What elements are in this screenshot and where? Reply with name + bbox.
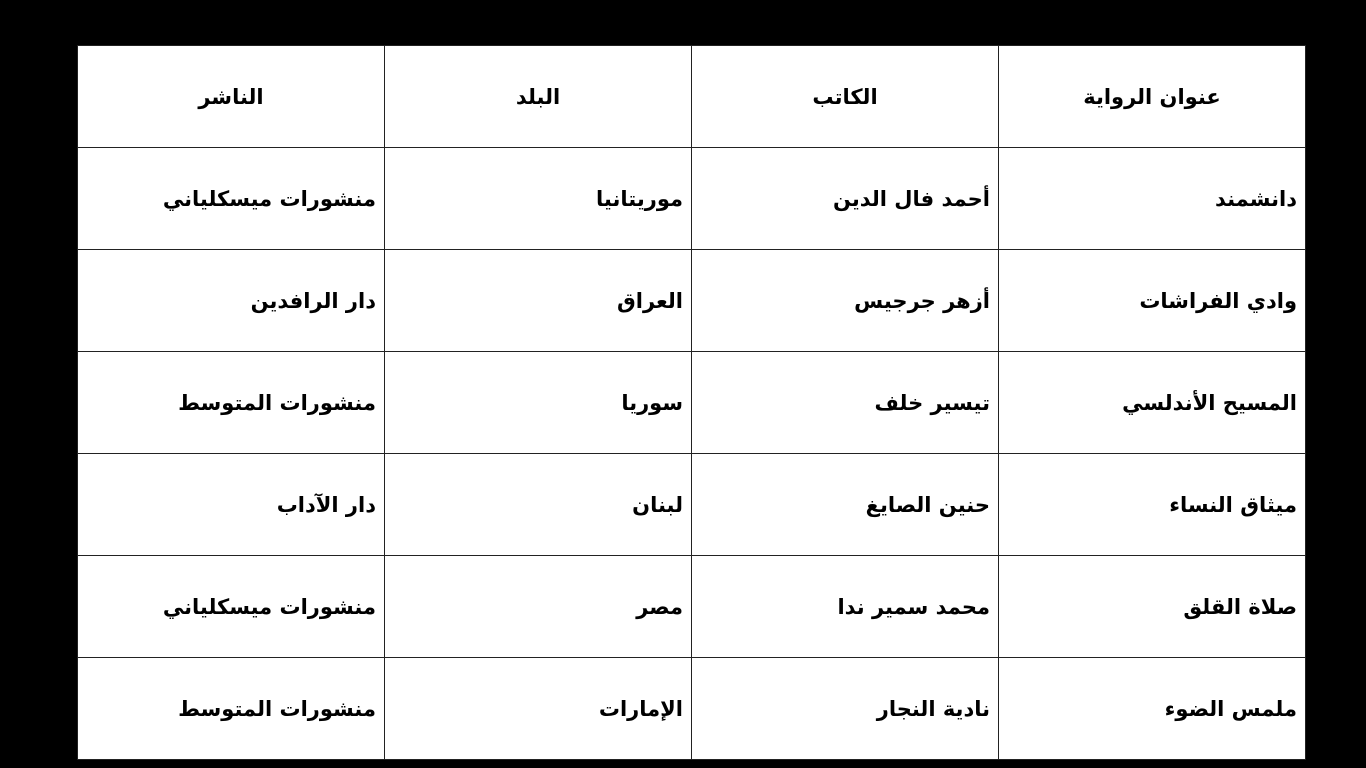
cell-country: الإمارات bbox=[385, 658, 692, 760]
cell-publisher: دار الرافدين bbox=[78, 250, 385, 352]
cell-country: مصر bbox=[385, 556, 692, 658]
cell-novel-title: ميثاق النساء bbox=[999, 454, 1306, 556]
table-row: ملمس الضوء نادية النجار الإمارات منشورات… bbox=[78, 658, 1306, 760]
table-row: ميثاق النساء حنين الصايغ لبنان دار الآدا… bbox=[78, 454, 1306, 556]
cell-publisher: منشورات ميسكلياني bbox=[78, 148, 385, 250]
cell-country: سوريا bbox=[385, 352, 692, 454]
cell-novel-title: ملمس الضوء bbox=[999, 658, 1306, 760]
cell-publisher: منشورات ميسكلياني bbox=[78, 556, 385, 658]
cell-country: موريتانيا bbox=[385, 148, 692, 250]
cell-publisher: منشورات المتوسط bbox=[78, 352, 385, 454]
novels-table: عنوان الرواية الكاتب البلد الناشر دانشمن… bbox=[77, 45, 1306, 760]
header-novel-title: عنوان الرواية bbox=[999, 46, 1306, 148]
header-author: الكاتب bbox=[692, 46, 999, 148]
cell-novel-title: دانشمند bbox=[999, 148, 1306, 250]
cell-author: تيسير خلف bbox=[692, 352, 999, 454]
cell-novel-title: وادي الفراشات bbox=[999, 250, 1306, 352]
cell-author: أزهر جرجيس bbox=[692, 250, 999, 352]
cell-author: محمد سمير ندا bbox=[692, 556, 999, 658]
cell-author: حنين الصايغ bbox=[692, 454, 999, 556]
table-row: صلاة القلق محمد سمير ندا مصر منشورات ميس… bbox=[78, 556, 1306, 658]
cell-novel-title: المسيح الأندلسي bbox=[999, 352, 1306, 454]
table-row: وادي الفراشات أزهر جرجيس العراق دار الرا… bbox=[78, 250, 1306, 352]
cell-author: نادية النجار bbox=[692, 658, 999, 760]
header-publisher: الناشر bbox=[78, 46, 385, 148]
cell-country: لبنان bbox=[385, 454, 692, 556]
cell-publisher: منشورات المتوسط bbox=[78, 658, 385, 760]
cell-novel-title: صلاة القلق bbox=[999, 556, 1306, 658]
header-row: عنوان الرواية الكاتب البلد الناشر bbox=[78, 46, 1306, 148]
cell-country: العراق bbox=[385, 250, 692, 352]
table-row: المسيح الأندلسي تيسير خلف سوريا منشورات … bbox=[78, 352, 1306, 454]
table-row: دانشمند أحمد فال الدين موريتانيا منشورات… bbox=[78, 148, 1306, 250]
header-country: البلد bbox=[385, 46, 692, 148]
page: عنوان الرواية الكاتب البلد الناشر دانشمن… bbox=[0, 0, 1366, 768]
cell-author: أحمد فال الدين bbox=[692, 148, 999, 250]
cell-publisher: دار الآداب bbox=[78, 454, 385, 556]
